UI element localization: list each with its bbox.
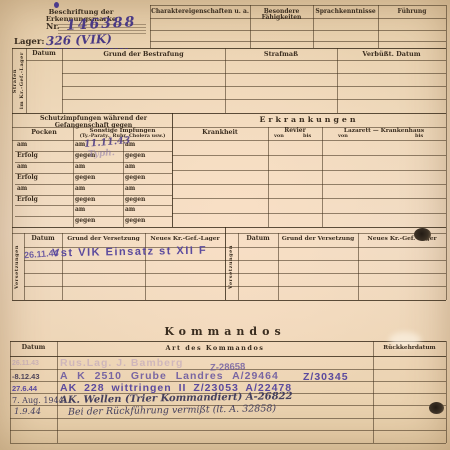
col-conduct: Führung [379,9,445,15]
kommandos-col-date: Datum [11,345,56,352]
vaccinations-col-smallpox: Pocken [15,130,73,137]
vacc-cell-label: am [75,207,85,213]
transfers-col-reason-2: Grund der Versetzung [279,236,357,242]
transfer-unit-stamp: Vst VIK Einsatz st XII F [52,245,207,260]
vacc-cell-label: gegen [75,197,95,203]
vacc-cell-label: gegen [125,175,145,181]
kommandos-col-type: Art des Kommandos [58,345,372,352]
vacc-cell-label: am [125,164,135,170]
transfers-col-date: Datum [25,236,61,243]
vacc-cell-label: gegen [125,153,145,159]
col-language-skills: Sprachkenntnisse [314,9,377,15]
transfers-col-newcamp: Neues Kr.-Gef.-Lager [146,236,224,242]
illnesses-col-disease: Krankheit [173,130,267,137]
transfers-side-label-left: Versetzungen [12,235,24,298]
sickbay-from-label: von [274,134,284,139]
vacc-cell-label: am [125,207,135,213]
vacc-row-label: am [17,164,27,170]
vacc-row-label: Erfolg [17,175,38,181]
kommando-row-text: A K 2510 Grube Landres A/29464 [60,370,279,382]
col-character-traits: Charaktereigenschaften u. a. [151,9,249,15]
vacc-cell-label: gegen [125,197,145,203]
vacc-cell-label: gegen [125,218,145,224]
sickbay-to-label: bis [303,134,311,139]
punishments-col-sentence: Strafmaß [226,51,336,58]
transfers-col-date-2: Datum [239,236,277,243]
punishments-col-served: Verbüßt. Datum [338,51,445,58]
camp-underline [44,40,128,49]
kommandos-title: Kommandos [150,326,300,338]
kommando-row-extra: Z/30345 [303,371,349,383]
punishments-col-reason: Grund der Bestrafung [63,51,224,58]
punishments-col-date: Datum [27,51,61,58]
kommando-row-date: 7. Aug. 1944 [12,396,64,405]
camp-label: Lager: [14,38,44,47]
kommando-row-text: Bei der Rückführung vermißt (lt. A. 3285… [68,403,276,418]
kommando-row-date: 1.9.44 [14,407,41,417]
kommando-row-date: 26.11.43 [12,360,39,367]
tag-number-label: Nr. [46,22,60,30]
vacc-row-label: am [17,186,27,192]
hospital-from-label: von [338,134,348,139]
vacc-row-label: Erfolg [17,153,38,159]
vacc-row-label: Erfolg [17,197,38,203]
vacc-cell-label: am [75,186,85,192]
kommando-row-text: Rus.Lag. J. Bamberg [60,357,183,369]
illnesses-title: Erkrankungen [172,116,446,124]
kommando-row-date: 27.6.44 [12,384,37,393]
kommandos-col-return: Rückkehrdatum [374,345,445,351]
kommando-row-date: -8.12.43 [12,372,40,381]
hospital-to-label: bis [415,134,423,139]
punishments-side-label: Strafen im Kr.-Gef.-Lager [12,50,26,112]
col-special-abilities: Besondere Fähigkeiten [251,9,312,22]
vacc-cell-label: am [75,164,85,170]
vacc-cell-label: am [125,186,135,192]
vacc-cell-label: gegen [75,175,95,181]
transfers-side-label-right: Versetzungen [226,235,238,298]
punch-hole-bottom [429,402,444,414]
punch-hole-top [414,228,431,241]
transfers-col-newcamp-2: Neues Kr.-Gef.-Lager [359,236,445,242]
pow-record-card: Beschriftung der Erkennungsmarke Nr. 146… [0,0,450,450]
vacc-row-label: am [17,142,27,148]
vaccination-against-entry: Typh. [88,148,116,160]
vacc-cell-label: gegen [75,218,95,224]
transfers-col-reason: Grund der Versetzung [63,236,144,242]
